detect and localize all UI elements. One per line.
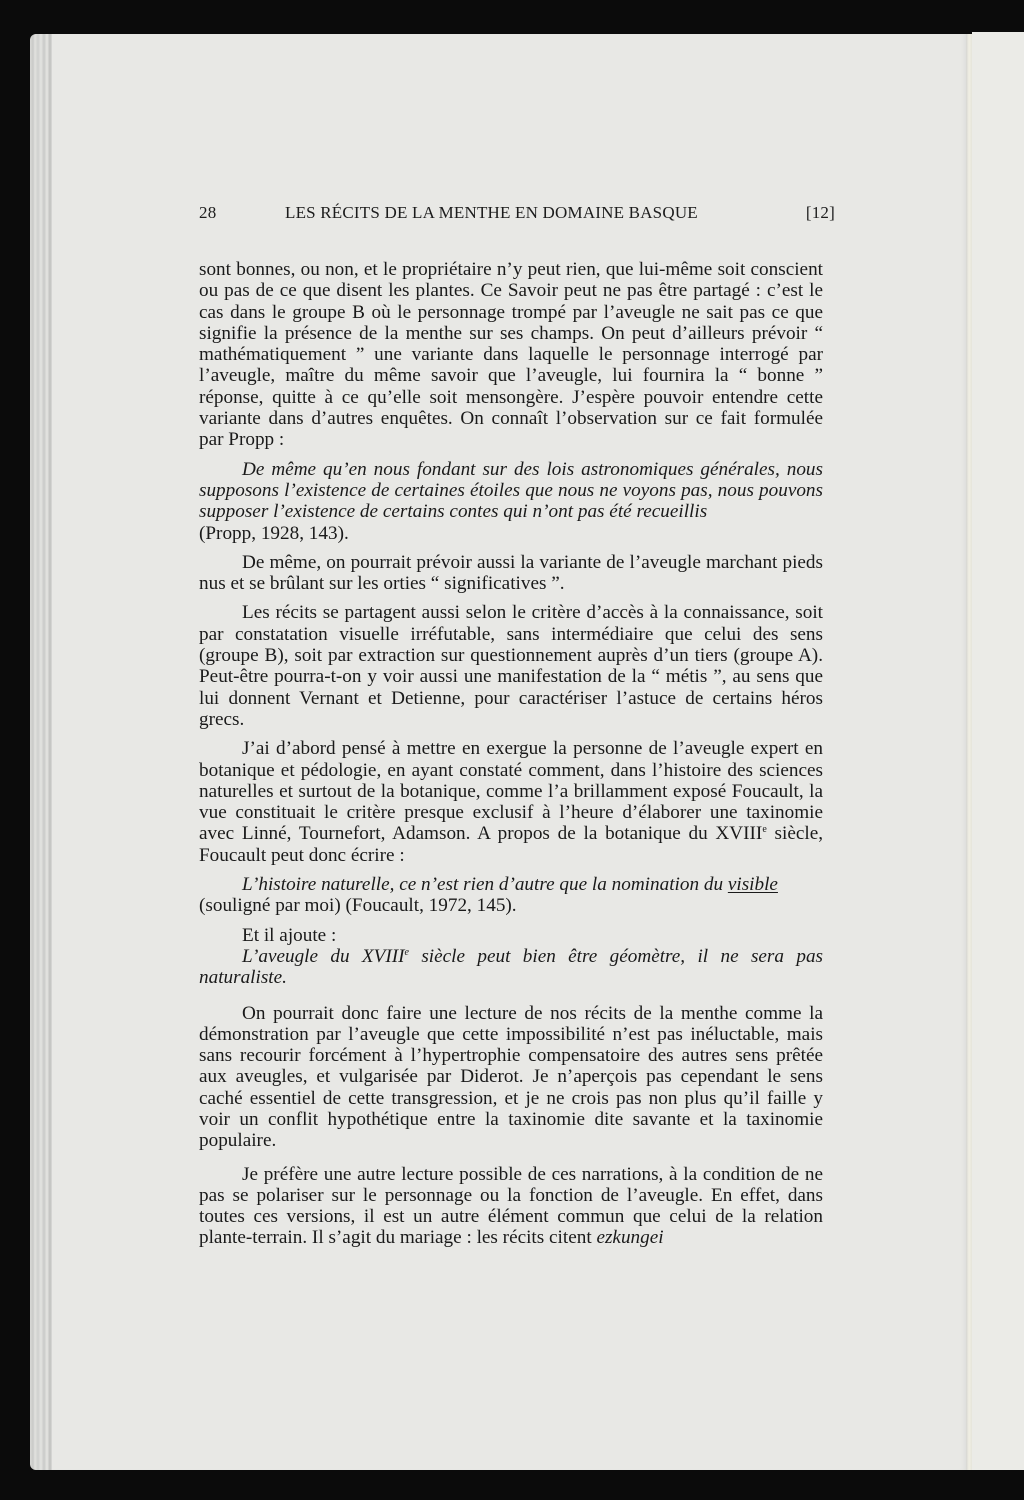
paragraph-6: On pourrait donc faire une lecture de no… — [199, 1003, 823, 1152]
paragraph-4-text: J’ai d’abord pensé à mettre en exergue l… — [199, 738, 823, 844]
underlined-word: visible — [728, 874, 778, 895]
quote-propp: De même qu’en nous fondant sur des lois … — [199, 459, 823, 523]
quote-foucault-2: L’aveugle du XVIIIe siècle peut bien êtr… — [199, 946, 823, 989]
page-number: 28 — [199, 203, 216, 223]
quote-foucault-1-reference: (souligné par moi) (Foucault, 1972, 145)… — [199, 895, 823, 916]
paragraph-1: sont bonnes, ou non, et le propriétaire … — [199, 259, 823, 451]
paragraph-2: De même, on pourrait prévoir aussi la va… — [199, 552, 823, 595]
paragraph-3: Les récits se partagent aussi selon le c… — [199, 602, 823, 730]
quote-foucault-1: L’histoire naturelle, ce n’est rien d’au… — [199, 874, 823, 895]
body-text: sont bonnes, ou non, et le propriétaire … — [199, 259, 823, 1249]
paragraph-7: Je préfère une autre lecture possible de… — [199, 1164, 823, 1249]
quote-propp-reference: (Propp, 1928, 143). — [199, 523, 823, 544]
basque-term: ezkungei — [596, 1227, 663, 1248]
paragraph-4: J’ai d’abord pensé à mettre en exergue l… — [199, 738, 823, 866]
section-number: [12] — [806, 203, 835, 223]
facing-page-edge — [972, 32, 1024, 1470]
paragraph-7-text: Je préfère une autre lecture possible de… — [199, 1164, 823, 1249]
quote-propp-text: De même qu’en nous fondant sur des lois … — [199, 459, 823, 523]
page-edges — [30, 34, 54, 1470]
paragraph-5: Et il ajoute : — [199, 925, 823, 946]
running-head: 28 LES RÉCITS DE LA MENTHE EN DOMAINE BA… — [199, 203, 835, 227]
quote-foucault-1-text: L’histoire naturelle, ce n’est rien d’au… — [242, 874, 728, 895]
running-title: LES RÉCITS DE LA MENTHE EN DOMAINE BASQU… — [285, 203, 698, 223]
quote-foucault-2-text: L’aveugle du XVIII — [242, 946, 405, 967]
